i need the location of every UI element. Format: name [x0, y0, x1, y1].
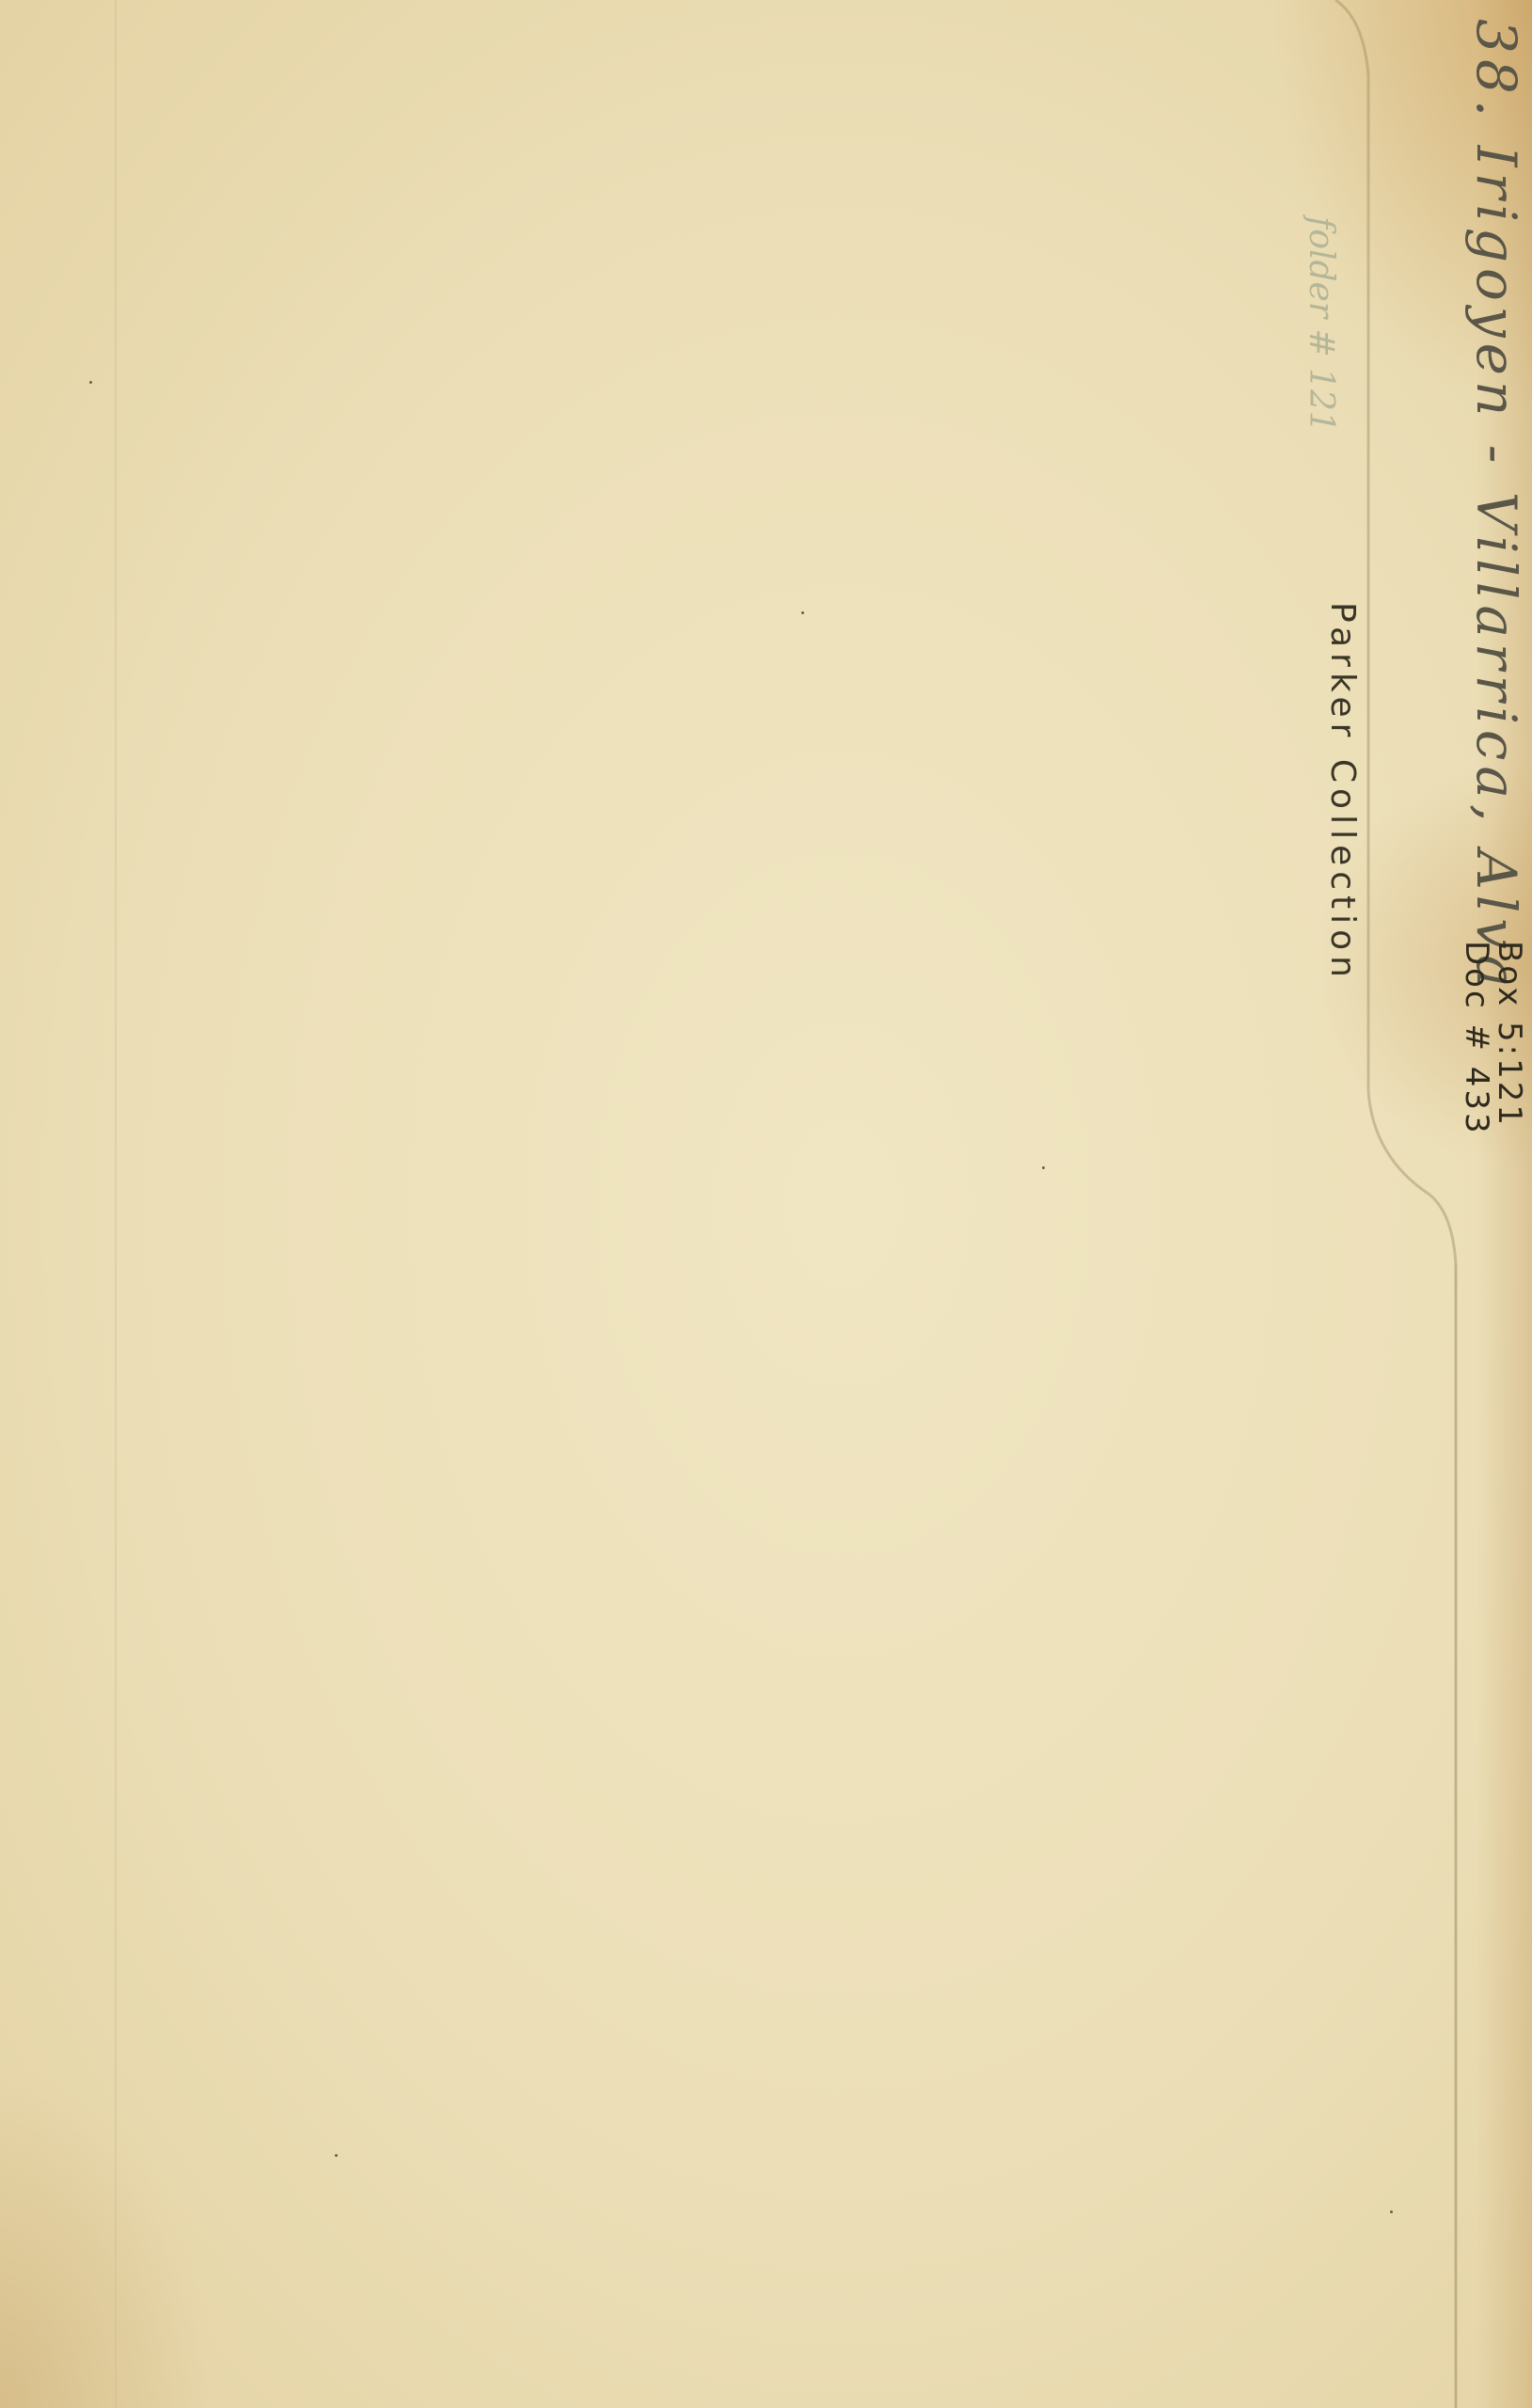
- paper-speck: [335, 2154, 338, 2157]
- folder-number: folder # 121: [1302, 216, 1340, 433]
- file-folder: 38. Irigoyen - Villarrica, Alva folder #…: [0, 0, 1532, 2408]
- paper-speck: [1390, 2210, 1393, 2213]
- doc-number: Doc # 433: [1458, 941, 1495, 1136]
- fold-crease: [115, 0, 117, 2408]
- paper-speck: [801, 611, 804, 614]
- box-number: Box 5:121: [1491, 941, 1528, 1128]
- paper-speck: [1042, 1166, 1045, 1169]
- paper-speck: [89, 381, 92, 384]
- collection-label: Parker Collection: [1323, 602, 1362, 983]
- folder-tab-title: 38. Irigoyen - Villarrica, Alva: [1464, 19, 1528, 993]
